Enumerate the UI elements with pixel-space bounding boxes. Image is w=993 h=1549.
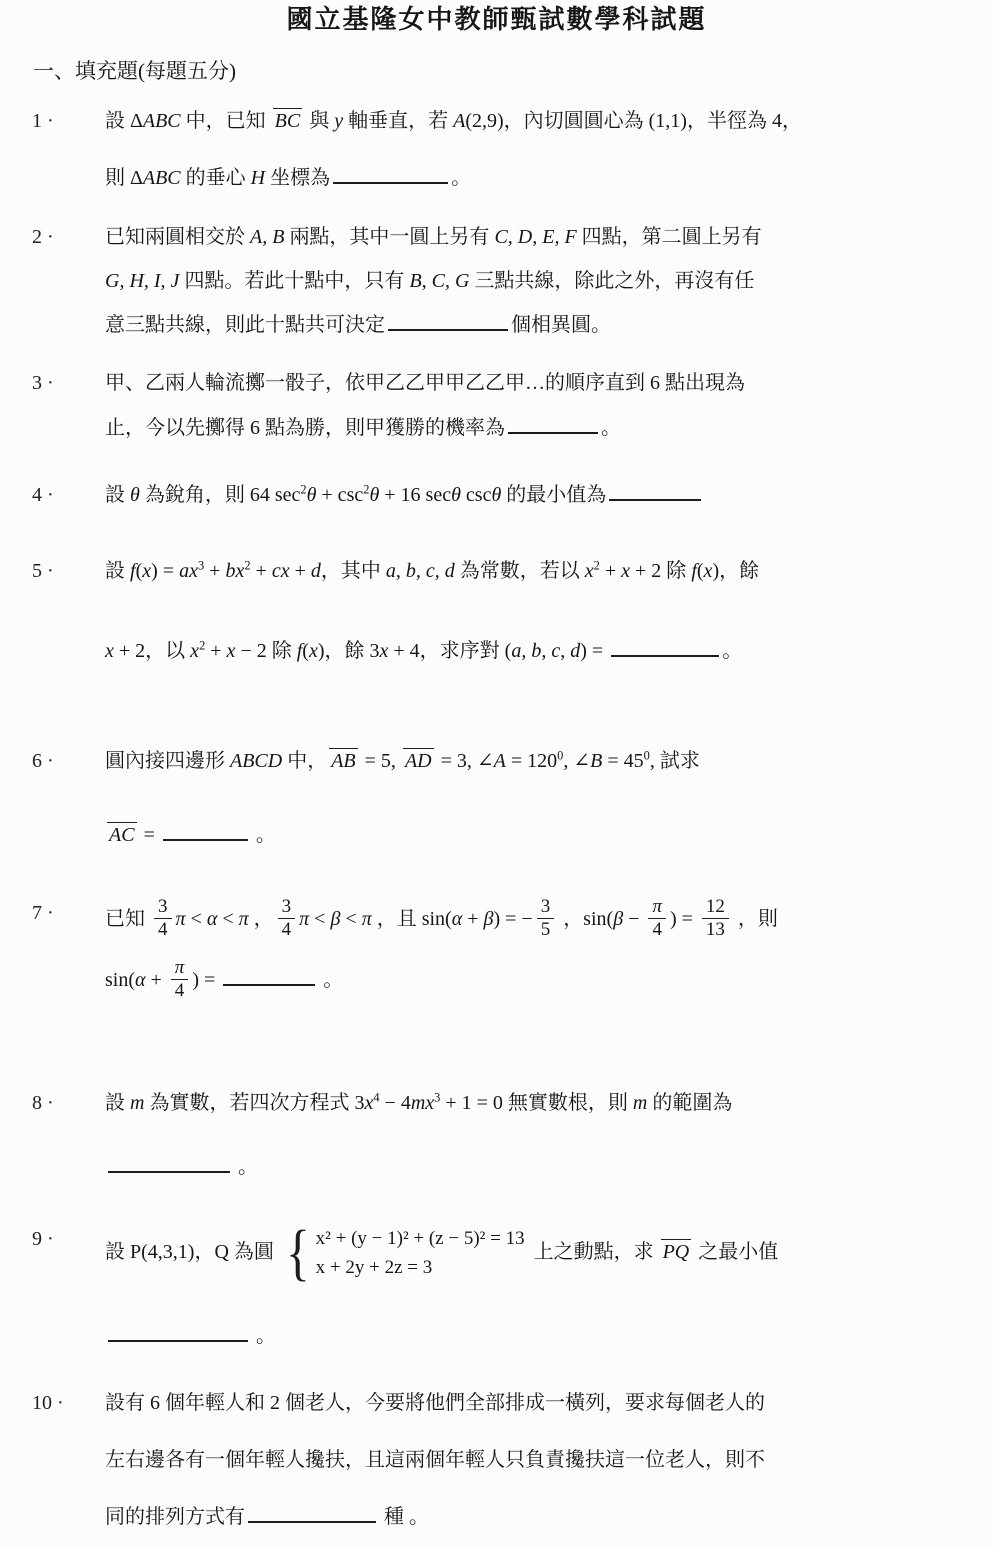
math-variable: x: [142, 560, 151, 582]
math-variable: A: [453, 110, 465, 132]
question-number: 1 ·: [0, 106, 105, 136]
question-body: 甲、乙兩人輪流擲一骰子，依甲乙乙甲甲乙乙甲…的順序直到 6 點出現為止，今以先擲…: [105, 368, 993, 443]
math-variable: H: [251, 167, 265, 189]
text-run: csc: [461, 484, 492, 506]
math-variable: C, D, E, F: [494, 226, 576, 248]
question-number: 10 ·: [0, 1388, 105, 1418]
math-variable: A: [494, 750, 506, 772]
equation-system: {x² + (y − 1)² + (z − 5)² = 13x + 2y + 2…: [283, 1224, 525, 1283]
text-run: +: [205, 640, 226, 662]
math-variable: x: [621, 560, 630, 582]
question-line: 圓內接四邊形 ABCD 中，AB = 5, AD = 3, ∠A = 1200,…: [105, 746, 967, 776]
text-run: ，其中: [321, 560, 386, 582]
question-body: 設 f(x) = ax3 + bx2 + cx + d，其中 a, b, c, …: [105, 556, 993, 666]
text-run: <: [340, 908, 361, 930]
math-variable: π: [176, 908, 186, 930]
math-variable: β: [484, 908, 494, 930]
text-run: = 45: [602, 750, 643, 772]
question-number: 7 ·: [0, 898, 105, 928]
text-run: −: [623, 908, 644, 930]
text-run: 。: [251, 824, 276, 846]
text-run: +: [290, 560, 311, 582]
math-variable: x: [309, 640, 318, 662]
question-body: 設 P(4,3,1)，Q 為圓 {x² + (y − 1)² + (z − 5)…: [105, 1224, 993, 1351]
text-run: +: [600, 560, 621, 582]
question-line: x + 2，以 x2 + x − 2 除 f(x)，餘 3x + 4，求序對 (…: [105, 636, 967, 666]
math-variable: m: [130, 1092, 144, 1114]
question-number: 9 ·: [0, 1224, 105, 1254]
text-run: 。: [601, 417, 621, 439]
question-line: 設有 6 個年輕人和 2 個老人，今要將他們全部排成一橫列，要求每個老人的: [105, 1388, 967, 1418]
text-run: − 2 除: [235, 640, 296, 662]
question-body: 已知 34π < α < π ，34π < β < π ，且 sin(α + β…: [105, 898, 993, 1003]
question-3: 3 ·甲、乙兩人輪流擲一骰子，依甲乙乙甲甲乙乙甲…的順序直到 6 點出現為止，今…: [0, 368, 993, 443]
math-variable: β: [613, 908, 623, 930]
fraction: 35: [537, 896, 555, 941]
text-run: 中，: [282, 750, 327, 772]
text-run: <: [309, 908, 330, 930]
math-variable: ABCD: [230, 750, 282, 772]
fraction: π4: [171, 957, 189, 1002]
question-6: 6 ·圓內接四邊形 ABCD 中，AB = 5, AD = 3, ∠A = 12…: [0, 746, 993, 850]
answer-blank: [611, 638, 719, 657]
question-body: 圓內接四邊形 ABCD 中，AB = 5, AD = 3, ∠A = 1200,…: [105, 746, 993, 850]
math-variable: a, b, c, d: [511, 640, 580, 662]
question-line: 設 ΔABC 中，已知 BC 與 y 軸垂直，若 A(2,9)，內切圓圓心為 (…: [105, 106, 967, 136]
math-variable: G, H, I, J: [105, 270, 179, 292]
question-7: 7 ·已知 34π < α < π ，34π < β < π ，且 sin(α …: [0, 898, 993, 1003]
math-variable: bx: [225, 560, 244, 582]
fraction-numerator: π: [648, 896, 666, 918]
equation-row: x² + (y − 1)² + (z − 5)² = 13: [316, 1227, 525, 1251]
question-line: sin(α + π4) = 。: [105, 959, 967, 1004]
text-run: 個相異圓。: [511, 314, 611, 336]
fraction-numerator: 3: [278, 896, 296, 918]
fraction-denominator: 5: [537, 918, 555, 941]
math-variable: B: [590, 750, 602, 772]
question-line: 同的排列方式有 種 。: [105, 1502, 967, 1532]
question-10: 10 ·設有 6 個年輕人和 2 個老人，今要將他們全部排成一橫列，要求每個老人…: [0, 1388, 993, 1532]
question-number: 2 ·: [0, 222, 105, 252]
math-variable: π: [362, 908, 372, 930]
text-run: 。: [722, 640, 742, 662]
overline-segment: AB: [329, 748, 357, 772]
text-run: 已知兩圓相交於: [105, 226, 250, 248]
section-header: 一、填充題(每題五分): [33, 56, 236, 86]
question-body: 已知兩圓相交於 A, B 兩點，其中一圓上另有 C, D, E, F 四點，第二…: [105, 222, 993, 340]
math-variable: α: [135, 969, 146, 991]
text-run: ) =: [151, 560, 179, 582]
answer-blank: [108, 1323, 248, 1342]
fraction-numerator: π: [171, 957, 189, 979]
math-variable: θ: [491, 484, 501, 506]
text-run: 設 Δ: [105, 110, 143, 132]
math-variable: cx: [272, 560, 290, 582]
question-line: 甲、乙兩人輪流擲一骰子，依甲乙乙甲甲乙乙甲…的順序直到 6 點出現為: [105, 368, 967, 398]
question-line: 。: [105, 1152, 967, 1182]
math-variable: ABC: [143, 110, 181, 132]
question-line: 已知兩圓相交於 A, B 兩點，其中一圓上另有 C, D, E, F 四點，第二…: [105, 222, 967, 252]
text-run: (: [697, 560, 704, 582]
text-run: ，sin(: [558, 908, 613, 930]
question-number: 4 ·: [0, 480, 105, 510]
fraction-numerator: 3: [154, 896, 172, 918]
text-run: 設有 6 個年輕人和 2 個老人，今要將他們全部排成一橫列，要求每個老人的: [105, 1392, 765, 1414]
question-line: 已知 34π < α < π ，34π < β < π ，且 sin(α + β…: [105, 898, 967, 943]
question-4: 4 ·設 θ 為銳角，則 64 sec2θ + csc2θ + 16 secθ …: [0, 480, 993, 510]
text-run: 坐標為: [265, 167, 330, 189]
text-run: ，且 sin(: [372, 908, 452, 930]
page-title: 國立基隆女中教師甄試數學科試題: [0, 4, 993, 36]
math-variable: θ: [451, 484, 461, 506]
math-variable: mx: [411, 1092, 434, 1114]
question-body: 設 m 為實數，若四次方程式 3x4 − 4mx3 + 1 = 0 無實數根，則…: [105, 1088, 993, 1182]
text-run: =: [139, 824, 160, 846]
text-run: +: [204, 560, 225, 582]
overline-segment: PQ: [661, 1239, 692, 1263]
question-line: G, H, I, J 四點。若此十點中，只有 B, C, G 三點共線，除此之外…: [105, 266, 967, 296]
question-2: 2 ·已知兩圓相交於 A, B 兩點，其中一圓上另有 C, D, E, F 四點…: [0, 222, 993, 340]
question-5: 5 ·設 f(x) = ax3 + bx2 + cx + d，其中 a, b, …: [0, 556, 993, 666]
text-run: 同的排列方式有: [105, 1506, 245, 1528]
question-line: 止，今以先擲得 6 點為勝，則甲獲勝的機率為。: [105, 413, 967, 443]
text-run: + 16 sec: [379, 484, 451, 506]
text-run: = 120: [506, 750, 557, 772]
text-run: 。: [451, 167, 471, 189]
text-run: 左右邊各有一個年輕人攙扶，且這兩個年輕人只負責攙扶這一位老人，則不: [105, 1449, 765, 1471]
overline-segment: AD: [403, 748, 434, 772]
text-run: 三點共線，除此之外，再沒有任: [469, 270, 754, 292]
math-variable: d: [311, 560, 321, 582]
question-line: 。: [105, 1321, 967, 1351]
fraction-denominator: 13: [702, 918, 729, 941]
math-variable: θ: [307, 484, 317, 506]
fraction-denominator: 4: [171, 979, 189, 1002]
text-run: 為常數，若以: [455, 560, 585, 582]
text-run: 為銳角，則 64 sec: [140, 484, 301, 506]
answer-blank: [163, 822, 248, 841]
fraction-denominator: 4: [154, 918, 172, 941]
math-variable: θ: [369, 484, 379, 506]
text-run: 中，已知: [181, 110, 271, 132]
question-number: 6 ·: [0, 746, 105, 776]
text-run: 設 P(4,3,1)，Q 為圓: [105, 1241, 279, 1263]
question-line: 設 f(x) = ax3 + bx2 + cx + d，其中 a, b, c, …: [105, 556, 967, 586]
fraction-numerator: 12: [702, 896, 729, 918]
math-variable: π: [239, 908, 249, 930]
question-line: AC = 。: [105, 820, 967, 850]
text-run: 已知: [105, 908, 150, 930]
text-run: (2,9)，內切圓圓心為 (1,1)，半徑為 4，: [465, 110, 802, 132]
equation-rows: x² + (y − 1)² + (z − 5)² = 13x + 2y + 2z…: [316, 1227, 525, 1280]
text-run: 四點。若此十點中，只有: [179, 270, 409, 292]
text-run: ，: [249, 908, 274, 930]
text-run: ) =: [670, 908, 698, 930]
math-variable: π: [299, 908, 309, 930]
text-run: 的範圍為: [647, 1092, 732, 1114]
question-1: 1 ·設 ΔABC 中，已知 BC 與 y 軸垂直，若 A(2,9)，內切圓圓心…: [0, 106, 993, 193]
math-variable: α: [452, 908, 463, 930]
answer-blank: [508, 415, 598, 434]
overline-segment: AC: [107, 822, 137, 846]
text-run: = 3, ∠: [436, 750, 494, 772]
fraction-denominator: 4: [278, 918, 296, 941]
text-run: +: [251, 560, 272, 582]
text-run: 圓內接四邊形: [105, 750, 230, 772]
overline-segment: BC: [273, 108, 303, 132]
answer-blank: [108, 1154, 230, 1173]
text-run: ，則: [733, 908, 778, 930]
text-run: + 2，以: [114, 640, 190, 662]
text-run: 意三點共線，則此十點共可決定: [105, 314, 385, 336]
math-variable: β: [330, 908, 340, 930]
text-run: 則 Δ: [105, 167, 143, 189]
text-run: 的最小值為: [501, 484, 606, 506]
text-run: (: [302, 640, 309, 662]
text-run: 種 。: [379, 1506, 429, 1528]
text-run: 。: [233, 1156, 258, 1178]
question-body: 設 θ 為銳角，則 64 sec2θ + csc2θ + 16 secθ csc…: [105, 480, 993, 510]
text-run: + csc: [316, 484, 363, 506]
text-run: <: [217, 908, 238, 930]
text-run: = 5,: [360, 750, 401, 772]
math-variable: α: [207, 908, 218, 930]
text-run: 兩點，其中一圓上另有: [284, 226, 494, 248]
text-run: − 4: [380, 1092, 411, 1114]
text-run: +: [146, 969, 167, 991]
fraction: π4: [648, 896, 666, 941]
text-run: 與: [304, 110, 334, 132]
question-line: 左右邊各有一個年輕人攙扶，且這兩個年輕人只負責攙扶這一位老人，則不: [105, 1445, 967, 1475]
question-number: 5 ·: [0, 556, 105, 586]
question-number: 8 ·: [0, 1088, 105, 1118]
math-variable: m: [633, 1092, 647, 1114]
math-variable: ax: [179, 560, 198, 582]
question-body: 設有 6 個年輕人和 2 個老人，今要將他們全部排成一橫列，要求每個老人的左右邊…: [105, 1388, 993, 1532]
text-run: + 2 除: [630, 560, 691, 582]
question-line: 設 P(4,3,1)，Q 為圓 {x² + (y − 1)² + (z − 5)…: [105, 1224, 967, 1283]
text-run: )，餘 3: [318, 640, 380, 662]
math-variable: θ: [130, 484, 140, 506]
text-run: )，餘: [712, 560, 759, 582]
math-variable: a, b, c, d: [386, 560, 455, 582]
text-run: ) =: [580, 640, 608, 662]
text-run: ) =: [192, 969, 220, 991]
text-run: +: [462, 908, 483, 930]
question-number: 3 ·: [0, 368, 105, 398]
text-run: 為實數，若四次方程式 3: [144, 1092, 364, 1114]
math-variable: x: [105, 640, 114, 662]
text-run: 設: [105, 484, 130, 506]
question-9: 9 ·設 P(4,3,1)，Q 為圓 {x² + (y − 1)² + (z −…: [0, 1224, 993, 1351]
text-run: 軸垂直，若: [343, 110, 453, 132]
question-body: 設 ΔABC 中，已知 BC 與 y 軸垂直，若 A(2,9)，內切圓圓心為 (…: [105, 106, 993, 193]
text-run: , ∠: [563, 750, 590, 772]
text-run: 設: [105, 560, 130, 582]
fraction: 1213: [702, 896, 729, 941]
math-variable: y: [334, 110, 343, 132]
text-run: 上之動點，求: [529, 1241, 659, 1263]
answer-blank: [388, 312, 508, 331]
text-run: 。: [251, 1325, 276, 1347]
question-line: 設 m 為實數，若四次方程式 3x4 − 4mx3 + 1 = 0 無實數根，則…: [105, 1088, 967, 1118]
math-variable: x: [585, 560, 594, 582]
fraction-denominator: 4: [648, 918, 666, 941]
math-variable: x: [190, 640, 199, 662]
answer-blank: [248, 1504, 376, 1523]
text-run: + 4，求序對 (: [388, 640, 511, 662]
text-run: 止，今以先擲得 6 點為勝，則甲獲勝的機率為: [105, 417, 505, 439]
text-run: 甲、乙兩人輪流擲一骰子，依甲乙乙甲甲乙乙甲…的順序直到 6 點出現為: [105, 372, 745, 394]
text-run: 之最小值: [693, 1241, 778, 1263]
question-line: 意三點共線，則此十點共可決定個相異圓。: [105, 310, 967, 340]
math-variable: B, C, G: [409, 270, 469, 292]
text-run: sin(: [105, 969, 135, 991]
question-8: 8 ·設 m 為實數，若四次方程式 3x4 − 4mx3 + 1 = 0 無實數…: [0, 1088, 993, 1182]
text-run: , 試求: [650, 750, 700, 772]
left-brace: {: [286, 1224, 310, 1283]
equation-row: x + 2y + 2z = 3: [316, 1256, 525, 1280]
text-run: + 1 = 0 無實數根，則: [440, 1092, 633, 1114]
answer-blank: [333, 165, 448, 184]
text-run: 四點，第二圓上另有: [577, 226, 762, 248]
text-run: 。: [318, 969, 343, 991]
answer-blank: [223, 967, 315, 986]
exam-page: 國立基隆女中教師甄試數學科試題 一、填充題(每題五分) 1 ·設 ΔABC 中，…: [0, 0, 993, 1549]
math-variable: x: [364, 1092, 373, 1114]
text-run: 的垂心: [181, 167, 251, 189]
fraction: 34: [154, 896, 172, 941]
question-line: 則 ΔABC 的垂心 H 坐標為。: [105, 163, 967, 193]
answer-blank: [609, 482, 701, 501]
fraction-numerator: 3: [537, 896, 555, 918]
text-run: 設: [105, 1092, 130, 1114]
math-variable: ABC: [143, 167, 181, 189]
text-run: <: [186, 908, 207, 930]
question-line: 設 θ 為銳角，則 64 sec2θ + csc2θ + 16 secθ csc…: [105, 480, 967, 510]
text-run: ) = −: [493, 908, 532, 930]
fraction: 34: [278, 896, 296, 941]
math-variable: A, B: [250, 226, 284, 248]
